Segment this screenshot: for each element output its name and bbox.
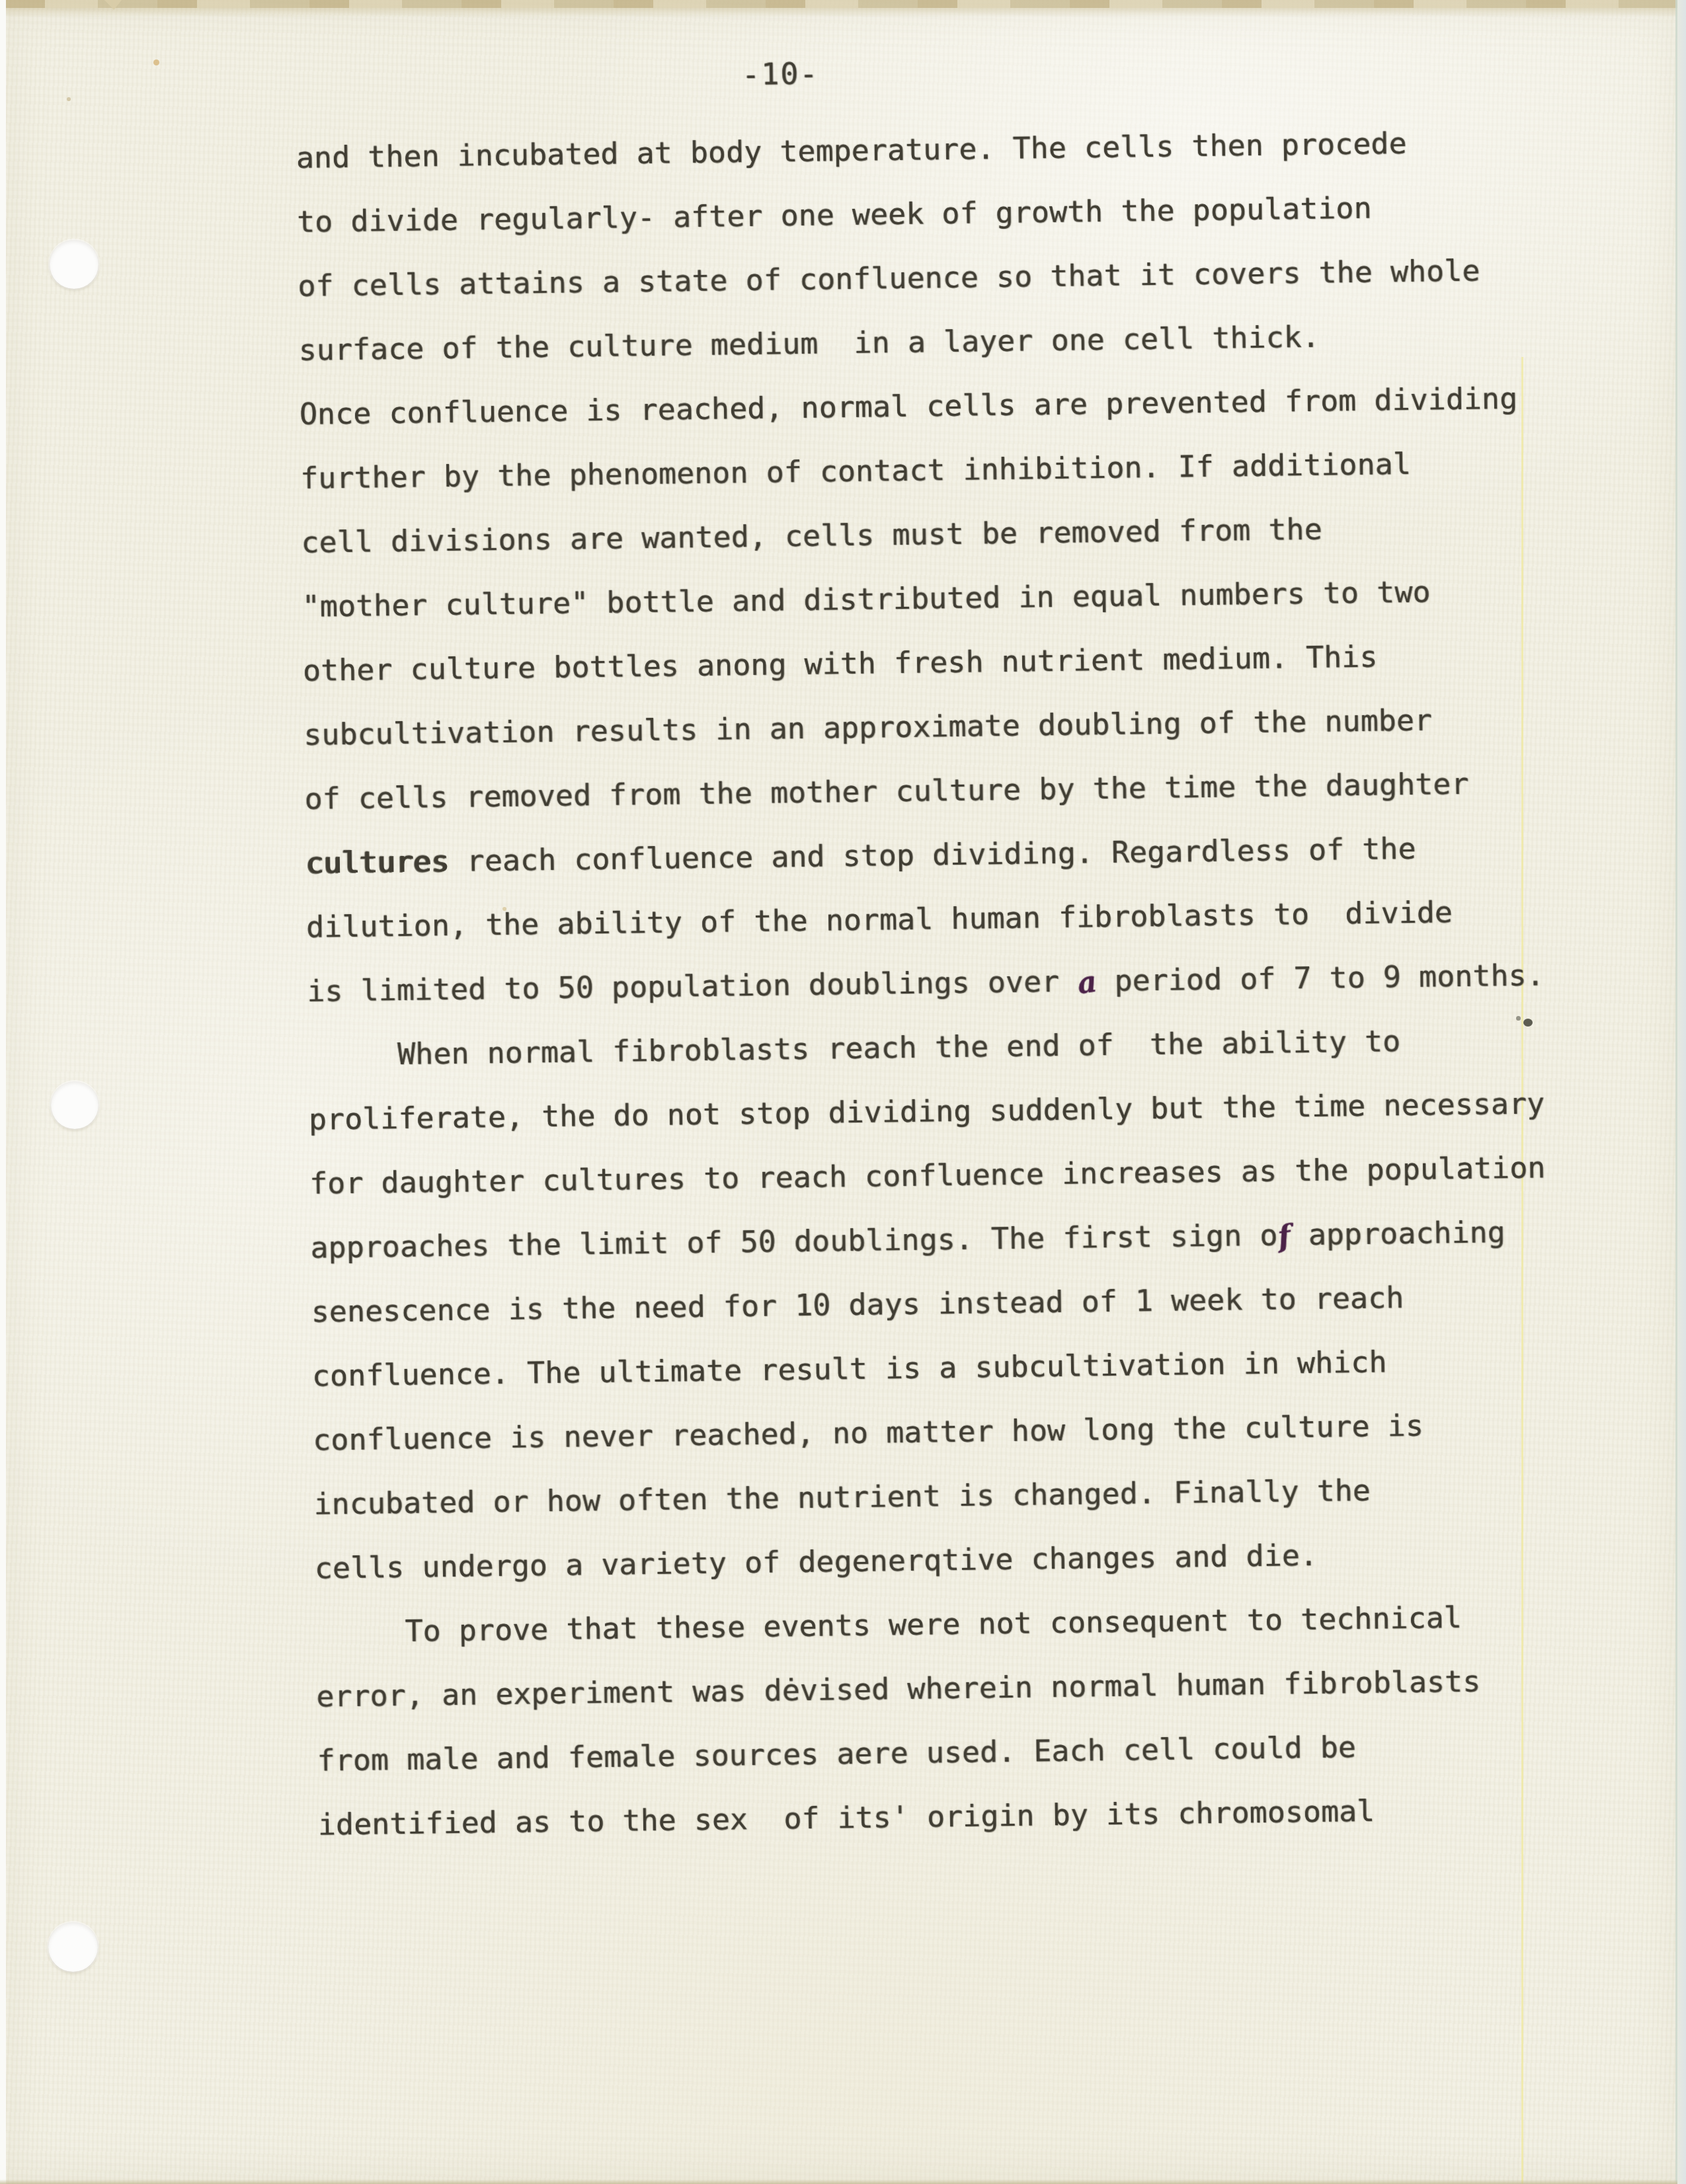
typed-text: incubated or how often the nutrient is c…: [313, 1473, 1371, 1522]
typed-text: for daughter cultures to reach confluenc…: [309, 1150, 1546, 1200]
typed-text: cell divisions are wanted, cells must be…: [301, 512, 1322, 560]
scanned-document-page: -10- and then incubated at body temperat…: [0, 0, 1686, 2184]
typed-text: of cells attains a state of confluence s…: [298, 253, 1480, 303]
scanner-background-left: [0, 0, 6, 2184]
typed-text-block: -10- and then incubated at body temperat…: [295, 44, 1574, 1857]
typed-text: and then incubated at body temperature. …: [296, 126, 1407, 175]
typed-text: confluence is never reached, no matter h…: [313, 1408, 1424, 1458]
typed-text: "mother culture" bottle and distributed …: [301, 574, 1430, 624]
typed-text: reach confluence and stop dividing. Rega…: [448, 831, 1416, 878]
typed-text: to divide regularly- after one week of g…: [297, 190, 1372, 239]
typed-text: other culture bottles anong with fresh n…: [303, 639, 1378, 688]
typed-text: further by the phenomenon of contact inh…: [300, 446, 1411, 496]
typed-text: period of 7 to 9 months.: [1096, 957, 1545, 998]
typed-text: Once confluence is reached, normal cells…: [300, 381, 1518, 432]
paper-sheet: -10- and then incubated at body temperat…: [0, 0, 1686, 2184]
punch-hole: [50, 240, 99, 289]
paper-speck: [153, 59, 159, 65]
typed-lines: and then incubated at body temperature. …: [296, 109, 1574, 1857]
typed-text: cells undergo a variety of degenerqtive …: [315, 1538, 1318, 1586]
typed-text: error, an experiment was dėvised wherein…: [316, 1664, 1481, 1714]
typed-text: approaches the limit of 50 doublings. Th…: [310, 1218, 1278, 1265]
typed-text: approaching: [1290, 1214, 1505, 1252]
paper-speck: [67, 97, 71, 101]
scanner-background-right: [1677, 0, 1686, 2184]
typed-text: When normal fibroblasts reach the end of…: [307, 1023, 1400, 1073]
typed-text: from male and female sources aere used. …: [317, 1729, 1356, 1778]
typed-text: is limited to 50 population doublings ov…: [307, 964, 1078, 1009]
typed-text: subcultivation results in an approximate…: [303, 703, 1432, 752]
handwritten-correction: a: [1073, 949, 1101, 1015]
punch-hole: [51, 1081, 99, 1129]
paper-top-edge-shadow: [5, 8, 1677, 17]
punch-hole: [48, 1922, 98, 1972]
typed-text: proliferate, the do not stop dividing su…: [309, 1085, 1545, 1136]
typed-text: surface of the culture medium in a layer…: [298, 319, 1320, 368]
paper-bottom-edge: [0, 2179, 1677, 2184]
typed-text: identified as to the sex of its' origin …: [318, 1793, 1375, 1842]
page-number: -10-: [295, 48, 1266, 100]
typed-text: confluence. The ultimate result is a sub…: [312, 1345, 1387, 1393]
typed-text: dilution, the ability of the normal huma…: [306, 894, 1453, 945]
typed-text: senescence is the need for 10 days inste…: [311, 1280, 1404, 1329]
overstruck-word: cultures: [305, 843, 449, 880]
paper-top-edge: [5, 0, 1677, 8]
typed-text: of cells removed from the mother culture…: [304, 766, 1469, 816]
typed-text: To prove that these events were not cons…: [315, 1600, 1462, 1650]
